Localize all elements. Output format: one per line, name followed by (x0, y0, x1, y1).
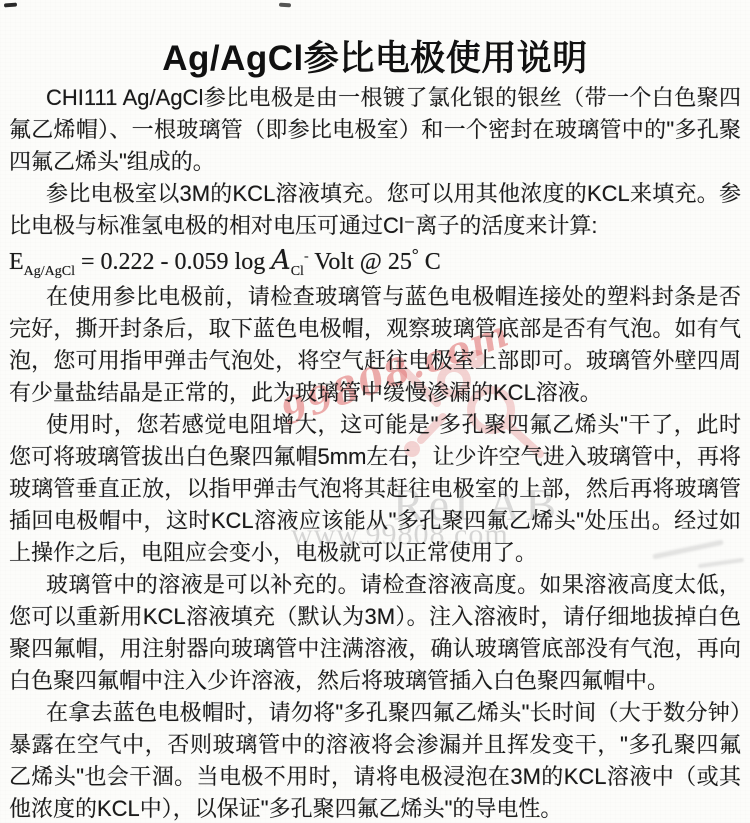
paragraph-intro: CHI111 Ag/AgCl参比电极是由一根镀了氯化银的银丝（带一个白色聚四氟乙… (9, 82, 741, 178)
formula-degree-symbol: ° (412, 245, 419, 264)
formula-lhs: E (9, 249, 24, 275)
paragraph-storage: 在拿去蓝色电极帽时，请勿将"多孔聚四氟乙烯头"长时间（大于数分钟）暴露在空气中，… (9, 697, 741, 823)
paragraph-refill: 玻璃管中的溶液是可以补充的。请检查溶液高度。如果溶液高度太低，您可以重新用KCL… (9, 569, 741, 697)
paragraph-inspection: 在使用参比电极前，请检查玻璃管与蓝色电极帽连接处的塑料封条是否完好，撕开封条后，… (9, 281, 741, 409)
document-title: Ag/AgCl参比电极使用说明 (0, 31, 750, 81)
paragraph-resistance: 使用时，您若感觉电阻增大，这可能是"多孔聚四氟乙烯头"干了，此时您可将玻璃管拔出… (9, 409, 741, 569)
scanned-document-page: 99808.com ReLAB www.99808.com Ag/AgCl参比电… (0, 0, 750, 823)
formula-expression: = 0.222 - 0.059 log (75, 249, 271, 275)
formula-activity-subscript: Cl (291, 264, 304, 279)
formula-unit: C (419, 249, 441, 275)
scan-speck (279, 3, 291, 8)
paragraph-filling: 参比电极室以3M的KCL溶液填充。您可以用其他浓度的KCL来填充。参比电极与标准… (9, 178, 741, 242)
scan-speck (4, 3, 17, 8)
formula-activity-symbol: A (271, 245, 291, 276)
formula-tail: Volt @ 25 (309, 249, 412, 275)
formula-lhs-subscript: Ag/AgCl (24, 264, 75, 279)
document-body: CHI111 Ag/AgCl参比电极是由一根镀了氯化银的银丝（带一个白色聚四氟乙… (9, 82, 741, 823)
electrode-potential-formula: EAg/AgCl = 0.222 - 0.059 log ACl- Volt @… (9, 243, 741, 280)
